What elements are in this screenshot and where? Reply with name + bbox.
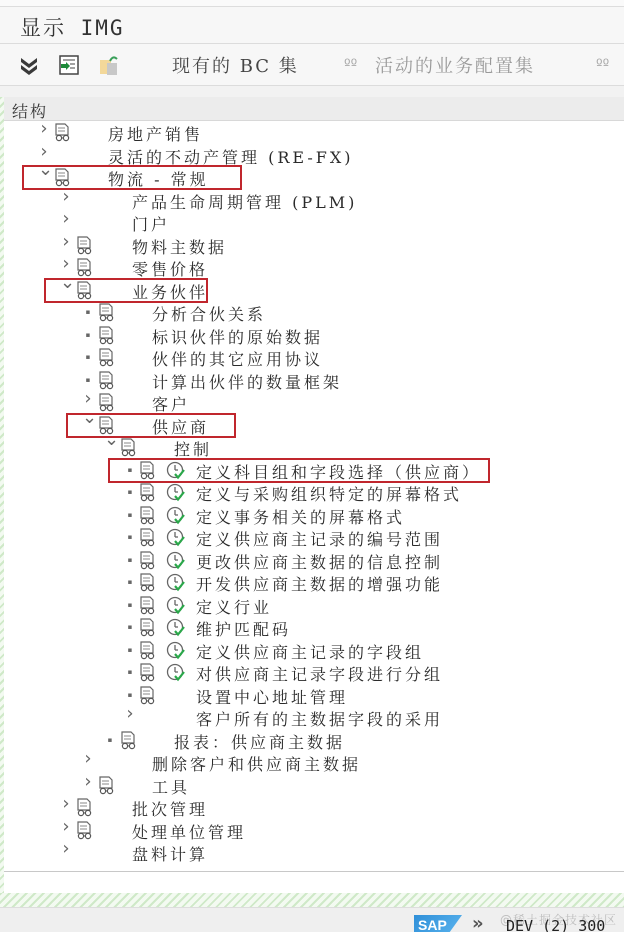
tree-node[interactable]: ›房地产销售 [4,121,624,144]
collapse-icon[interactable]: ⌄ [38,159,50,180]
tree-node-label[interactable]: 分析合伙关系 [152,302,266,325]
tree-node-label[interactable]: 定义行业 [196,595,272,618]
tree-node[interactable]: ▪更改供应商主数据的信息控制 [4,549,624,572]
leaf-bullet-icon: ▪ [124,511,136,519]
tree-node[interactable]: ▪定义与采购组织特定的屏幕格式 [4,481,624,504]
tree-node-label[interactable]: 设置中心地址管理 [196,685,348,708]
documentation-icon[interactable] [98,776,115,795]
tree-node-label[interactable]: 标识伙伴的原始数据 [152,325,323,348]
panel-header: 结构 [4,97,624,121]
execute-activity-icon[interactable] [166,573,185,592]
execute-activity-icon[interactable] [166,551,185,570]
leaf-bullet-icon: ▪ [124,466,136,474]
tree-node-label[interactable]: 房地产销售 [108,122,203,145]
leaf-bullet-icon: ▪ [124,623,136,631]
documentation-icon[interactable] [54,123,71,142]
application-toolbar: 现有的 BC 集 ºº 活动的业务配置集 ºº [0,44,624,86]
tree-node-label[interactable]: 维护匹配码 [196,617,291,640]
expand-icon[interactable]: › [60,793,72,814]
img-tree[interactable]: ›房地产销售›灵活的不动产管理 (RE-FX)⌄物流 - 常规›产品生命周期管理… [4,121,624,871]
leaf-bullet-icon: ▪ [82,331,94,339]
tree-node[interactable]: ▪定义科目组和字段选择（供应商） [4,459,624,482]
tree-node[interactable]: ▪维护匹配码 [4,616,624,639]
execute-activity-icon[interactable] [166,528,185,547]
window-top-strip [0,0,624,7]
execute-activity-icon[interactable] [166,618,185,637]
tree-node-label[interactable]: 批次管理 [132,797,208,820]
leaf-bullet-icon: ▪ [124,533,136,541]
expand-icon[interactable]: › [82,771,94,792]
tree-node-label[interactable]: 业务伙伴 [132,280,208,303]
tree-node[interactable]: ›产品生命周期管理 (PLM) [4,189,624,212]
tree-node-label[interactable]: 零售价格 [132,257,208,280]
collapse-icon[interactable]: ⌄ [82,407,94,428]
leaf-bullet-icon: ▪ [124,578,136,586]
tree-node[interactable]: ▪定义事务相关的屏幕格式 [4,504,624,527]
documentation-icon[interactable] [76,798,93,817]
tree-node[interactable]: ▪定义供应商主记录的字段组 [4,639,624,662]
tree-node-label[interactable]: 开发供应商主数据的增强功能 [196,572,443,595]
tree-node[interactable]: ▪设置中心地址管理 [4,684,624,707]
active-bc-sets-button[interactable]: 活动的业务配置集 [375,52,535,78]
documentation-icon[interactable] [98,326,115,345]
leaf-bullet-icon: ▪ [124,668,136,676]
documentation-icon[interactable] [139,483,156,502]
panel-header-label: 结构 [12,99,48,122]
tree-node-label[interactable]: 供应商 [152,415,209,438]
tree-node[interactable]: ⌄业务伙伴 [4,279,624,302]
tree-node[interactable]: ⌄物流 - 常规 [4,166,624,189]
expand-icon[interactable]: › [60,816,72,837]
tree-node[interactable]: ›零售价格 [4,256,624,279]
leaf-bullet-icon: ▪ [104,736,116,744]
glasses-icon[interactable]: ºº [596,57,609,73]
documentation-icon[interactable] [76,258,93,277]
tree-node-label[interactable]: 计算出伙伴的数量框架 [152,370,342,393]
execute-document-icon[interactable] [58,54,80,76]
tree-node-label[interactable]: 控制 [174,437,212,460]
documentation-icon[interactable] [98,303,115,322]
documentation-icon[interactable] [139,573,156,592]
tree-node-label[interactable]: 物流 - 常规 [108,167,209,190]
tree-node-label[interactable]: 灵活的不动产管理 (RE-FX) [108,145,354,168]
tree-node[interactable]: ▪分析合伙关系 [4,301,624,324]
expand-icon[interactable]: › [60,208,72,229]
expand-icon[interactable]: › [124,703,136,724]
expand-icon[interactable]: › [60,838,72,859]
leaf-bullet-icon: ▪ [124,646,136,654]
execute-activity-icon[interactable] [166,506,185,525]
execute-activity-icon[interactable] [166,663,185,682]
tree-node[interactable]: ›处理单位管理 [4,819,624,842]
execute-activity-icon[interactable] [166,483,185,502]
leaf-bullet-icon: ▪ [82,308,94,316]
execute-activity-icon[interactable] [166,461,185,480]
window-title: 显示 IMG [20,12,125,42]
documentation-icon[interactable] [98,348,115,367]
tree-node-label[interactable]: 盘料计算 [132,842,208,865]
tree-node-label[interactable]: 更改供应商主数据的信息控制 [196,550,443,573]
collapse-icon[interactable]: ⌄ [104,429,116,450]
tree-node[interactable]: ▪定义行业 [4,594,624,617]
tree-node-label[interactable]: 定义事务相关的屏幕格式 [196,505,405,528]
leaf-bullet-icon: ▪ [124,556,136,564]
expand-all-icon[interactable] [18,54,40,76]
documentation-icon[interactable] [139,641,156,660]
leaf-bullet-icon: ▪ [124,488,136,496]
sap-logo: SAP [414,915,462,932]
tree-node[interactable]: ▪报表：供应商主数据 [4,729,624,752]
documentation-icon[interactable] [139,686,156,705]
documentation-icon[interactable] [120,731,137,750]
tree-node-label[interactable]: 删除客户和供应商主数据 [152,752,361,775]
panel-divider [4,871,624,872]
documentation-icon[interactable] [139,506,156,525]
tree-node[interactable]: ▪开发供应商主数据的增强功能 [4,571,624,594]
leaf-bullet-icon: ▪ [124,691,136,699]
tree-node-label[interactable]: 对供应商主记录字段进行分组 [196,662,443,685]
tree-node-label[interactable]: 定义与采购组织特定的屏幕格式 [196,482,462,505]
glasses-icon: ºº [344,57,357,73]
execute-activity-icon[interactable] [166,596,185,615]
title-bar: 显示 IMG [0,7,624,44]
expand-icon[interactable]: › [82,748,94,769]
status-bar: @稀土掘金技术社区 SAP » DEV (2) 300 [0,907,624,932]
documentation-icon[interactable] [98,371,115,390]
documentation-icon[interactable] [139,528,156,547]
documentation-icon[interactable] [120,438,137,457]
leaf-bullet-icon: ▪ [124,601,136,609]
tree-node-label[interactable]: 门户 [132,212,170,235]
tree-node-label[interactable]: 报表：供应商主数据 [174,730,345,753]
documentation-icon[interactable] [139,461,156,480]
tree-node[interactable]: ⌄控制 [4,436,624,459]
leaf-bullet-icon: ▪ [82,376,94,384]
tree-node[interactable]: ›客户所有的主数据字段的采用 [4,706,624,729]
leaf-bullet-icon: ▪ [82,353,94,361]
tree-node-label[interactable]: 客户 [152,392,190,415]
expand-icon[interactable]: › [38,121,50,139]
documentation-icon[interactable] [139,618,156,637]
expand-status-icon[interactable]: » [472,913,484,932]
tree-node-label[interactable]: 产品生命周期管理 (PLM) [132,190,357,213]
expand-icon[interactable]: › [60,186,72,207]
tree-node[interactable]: ▪伙伴的其它应用协议 [4,346,624,369]
collapse-icon[interactable]: ⌄ [60,272,72,293]
tree-node[interactable]: ⌄供应商 [4,414,624,437]
documentation-icon[interactable] [76,236,93,255]
tree-node[interactable]: ▪标识伙伴的原始数据 [4,324,624,347]
system-info[interactable]: DEV (2) 300 [506,917,605,932]
existing-bc-sets-button[interactable]: 现有的 BC 集 [172,52,299,78]
expand-icon[interactable]: › [60,231,72,252]
tree-node[interactable]: ›门户 [4,211,624,234]
documentation-icon[interactable] [98,393,115,412]
copy-document-icon[interactable] [98,54,120,76]
documentation-icon[interactable] [139,596,156,615]
tree-node[interactable]: ›删除客户和供应商主数据 [4,751,624,774]
tree-node[interactable]: ▪定义供应商主记录的编号范围 [4,526,624,549]
tree-node[interactable]: ▪对供应商主记录字段进行分组 [4,661,624,684]
documentation-icon[interactable] [54,168,71,187]
execute-activity-icon[interactable] [166,641,185,660]
tree-node-label[interactable]: 伙伴的其它应用协议 [152,347,323,370]
tree-node[interactable]: ›盘料计算 [4,841,624,864]
tree-node-label[interactable]: 定义科目组和字段选择（供应商） [196,460,481,483]
documentation-icon[interactable] [76,821,93,840]
tree-node[interactable]: ›工具 [4,774,624,797]
tree-node[interactable]: ›客户 [4,391,624,414]
documentation-icon[interactable] [76,281,93,300]
tree-node-label[interactable]: 工具 [152,775,190,798]
structure-panel: 结构 ›房地产销售›灵活的不动产管理 (RE-FX)⌄物流 - 常规›产品生命周… [4,97,624,893]
tree-node[interactable]: ›灵活的不动产管理 (RE-FX) [4,144,624,167]
tree-node-label[interactable]: 处理单位管理 [132,820,246,843]
tree-node-label[interactable]: 客户所有的主数据字段的采用 [196,707,443,730]
frame-border [0,893,624,907]
tree-node[interactable]: ›批次管理 [4,796,624,819]
tree-node[interactable]: ▪计算出伙伴的数量框架 [4,369,624,392]
documentation-icon[interactable] [139,551,156,570]
documentation-icon[interactable] [139,663,156,682]
tree-node-label[interactable]: 物料主数据 [132,235,227,258]
tree-node[interactable]: ›物料主数据 [4,234,624,257]
tree-node-label[interactable]: 定义供应商主记录的字段组 [196,640,424,663]
tree-node-label[interactable]: 定义供应商主记录的编号范围 [196,527,443,550]
